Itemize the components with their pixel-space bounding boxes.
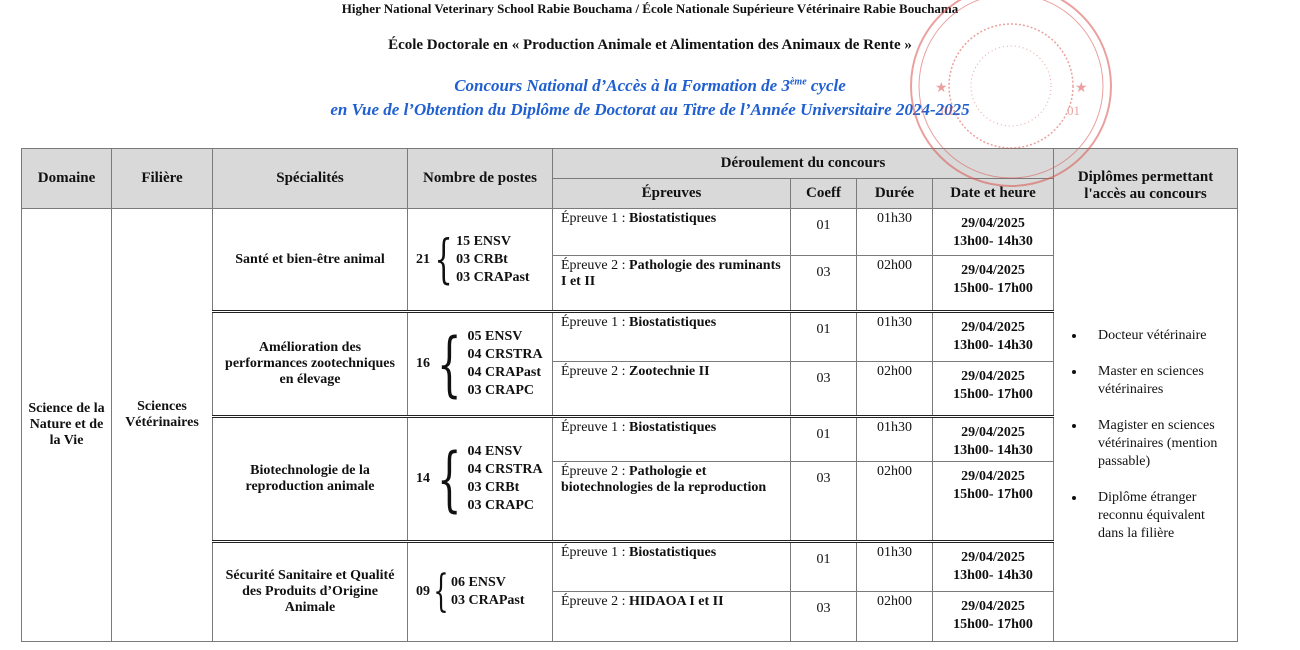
header-domaine: Domaine	[22, 149, 112, 209]
header-date-heure: Date et heure	[933, 179, 1054, 209]
date: 29/04/2025	[937, 319, 1049, 337]
concours-text: Concours National d’Accès à la Formation…	[454, 76, 790, 95]
duree-cell: 01h30	[857, 312, 933, 362]
coeff-cell: 01	[791, 312, 857, 362]
heure: 13h00- 14h30	[937, 233, 1049, 251]
epreuve-prefix: Épreuve 2 :	[561, 464, 629, 479]
epreuve-prefix: Épreuve 2 :	[561, 258, 629, 273]
nombre-postes-cell: 21 { 15 ENSV03 CRBt03 CRAPast	[408, 209, 553, 312]
postes-item: 03 CRAPC	[468, 497, 543, 515]
header-epreuves: Épreuves	[553, 179, 791, 209]
diplome-item: Diplôme étranger reconnu équivalent dans…	[1086, 489, 1233, 543]
diplome-item: Magister en sciences vétérinaires (menti…	[1086, 417, 1233, 471]
heure: 13h00- 14h30	[937, 337, 1049, 355]
date-heure-cell: 29/04/202515h00- 17h00	[933, 592, 1054, 642]
brace-icon: {	[434, 234, 452, 286]
epreuve-subject: HIDAOA I et II	[629, 594, 724, 609]
heure: 13h00- 14h30	[937, 567, 1049, 585]
coeff-cell: 03	[791, 256, 857, 312]
duree-cell: 01h30	[857, 417, 933, 462]
epreuve-subject: Biostatistiques	[629, 315, 716, 330]
coeff-cell: 03	[791, 462, 857, 542]
date: 29/04/2025	[937, 368, 1049, 386]
date-heure-cell: 29/04/202513h00- 14h30	[933, 417, 1054, 462]
header-nombre-postes: Nombre de postes	[408, 149, 553, 209]
filiere-cell: Sciences Vétérinaires	[112, 209, 213, 642]
epreuve-prefix: Épreuve 1 :	[561, 315, 629, 330]
date: 29/04/2025	[937, 549, 1049, 567]
epreuve-prefix: Épreuve 1 :	[561, 545, 629, 560]
epreuve-cell: Épreuve 2 : HIDAOA I et II	[553, 592, 791, 642]
date: 29/04/2025	[937, 598, 1049, 616]
brace-icon: {	[437, 444, 462, 514]
postes-item: 05 ENSV	[468, 328, 543, 346]
concours-sup: ème	[790, 76, 807, 87]
nombre-postes-cell: 14 { 04 ENSV04 CRSTRA03 CRBt03 CRAPC	[408, 417, 553, 542]
heure: 15h00- 17h00	[937, 616, 1049, 634]
concours-title-line2: en Vue de l’Obtention du Diplôme de Doct…	[0, 100, 1300, 120]
heure: 13h00- 14h30	[937, 442, 1049, 460]
date: 29/04/2025	[937, 215, 1049, 233]
specialite-name: Amélioration des performances zootechniq…	[213, 312, 408, 417]
date: 29/04/2025	[937, 262, 1049, 280]
postes-total: 21	[416, 252, 430, 268]
coeff-cell: 03	[791, 362, 857, 417]
epreuve-cell: Épreuve 1 : Biostatistiques	[553, 542, 791, 592]
postes-item: 03 CRBt	[456, 251, 530, 269]
epreuve-subject: Biostatistiques	[629, 211, 716, 226]
epreuve-prefix: Épreuve 1 :	[561, 211, 629, 226]
header-deroulement: Déroulement du concours	[553, 149, 1054, 179]
heure: 15h00- 17h00	[937, 486, 1049, 504]
header-coeff: Coeff	[791, 179, 857, 209]
epreuve-subject: Biostatistiques	[629, 420, 716, 435]
duree-cell: 02h00	[857, 256, 933, 312]
epreuve-cell: Épreuve 1 : Biostatistiques	[553, 417, 791, 462]
diplome-item: Docteur vétérinaire	[1086, 327, 1233, 345]
date-heure-cell: 29/04/202513h00- 14h30	[933, 312, 1054, 362]
epreuve-cell: Épreuve 1 : Biostatistiques	[553, 312, 791, 362]
duree-cell: 02h00	[857, 362, 933, 417]
specialite-name: Biotechnologie de la reproduction animal…	[213, 417, 408, 542]
duree-cell: 01h30	[857, 209, 933, 256]
epreuve-prefix: Épreuve 2 :	[561, 364, 629, 379]
school-name: Higher National Veterinary School Rabie …	[0, 1, 1300, 17]
postes-total: 16	[416, 356, 430, 372]
brace-icon: {	[433, 570, 448, 614]
specialite-name: Santé et bien-être animal	[213, 209, 408, 312]
nombre-postes-cell: 09 { 06 ENSV03 CRAPast	[408, 542, 553, 642]
postes-item: 04 ENSV	[468, 443, 543, 461]
epreuve-cell: Épreuve 2 : Pathologie des ruminants I e…	[553, 256, 791, 312]
date-heure-cell: 29/04/202513h00- 14h30	[933, 542, 1054, 592]
diplome-item: Master en sciences vétérinaires	[1086, 363, 1233, 399]
diplomes-cell: Docteur vétérinaireMaster en sciences vé…	[1054, 209, 1238, 642]
postes-total: 09	[416, 584, 430, 600]
epreuve-subject: Biostatistiques	[629, 545, 716, 560]
coeff-cell: 01	[791, 542, 857, 592]
postes-item: 03 CRAPC	[468, 382, 543, 400]
header-specialites: Spécialités	[213, 149, 408, 209]
date-heure-cell: 29/04/202515h00- 17h00	[933, 462, 1054, 542]
coeff-cell: 03	[791, 592, 857, 642]
date: 29/04/2025	[937, 424, 1049, 442]
heure: 15h00- 17h00	[937, 280, 1049, 298]
heure: 15h00- 17h00	[937, 386, 1049, 404]
date-heure-cell: 29/04/202515h00- 17h00	[933, 256, 1054, 312]
concours-text-after: cycle	[807, 76, 846, 95]
epreuve-cell: Épreuve 2 : Zootechnie II	[553, 362, 791, 417]
coeff-cell: 01	[791, 417, 857, 462]
date-heure-cell: 29/04/202513h00- 14h30	[933, 209, 1054, 256]
epreuve-cell: Épreuve 2 : Pathologie et biotechnologie…	[553, 462, 791, 542]
table-row: Science de la Nature et de la VieScience…	[22, 209, 1238, 256]
header-diplomes: Diplômes permettant l'accès au concours	[1054, 149, 1238, 209]
epreuve-subject: Zootechnie II	[629, 364, 710, 379]
postes-item: 06 ENSV	[451, 574, 525, 592]
nombre-postes-cell: 16 { 05 ENSV04 CRSTRA04 CRAPast03 CRAPC	[408, 312, 553, 417]
header-duree: Durée	[857, 179, 933, 209]
duree-cell: 02h00	[857, 592, 933, 642]
postes-item: 03 CRBt	[468, 479, 543, 497]
epreuve-prefix: Épreuve 1 :	[561, 420, 629, 435]
coeff-cell: 01	[791, 209, 857, 256]
duree-cell: 01h30	[857, 542, 933, 592]
header-filiere: Filière	[112, 149, 213, 209]
postes-total: 14	[416, 471, 430, 487]
concours-table: Domaine Filière Spécialités Nombre de po…	[21, 148, 1238, 642]
date: 29/04/2025	[937, 468, 1049, 486]
duree-cell: 02h00	[857, 462, 933, 542]
concours-title-line1: Concours National d’Accès à la Formation…	[0, 76, 1300, 96]
specialite-name: Sécurité Sanitaire et Qualité des Produi…	[213, 542, 408, 642]
domaine-cell: Science de la Nature et de la Vie	[22, 209, 112, 642]
postes-item: 04 CRSTRA	[468, 346, 543, 364]
postes-item: 04 CRAPast	[468, 364, 543, 382]
ecole-doctorale-title: École Doctorale en « Production Animale …	[0, 37, 1300, 54]
date-heure-cell: 29/04/202515h00- 17h00	[933, 362, 1054, 417]
epreuve-cell: Épreuve 1 : Biostatistiques	[553, 209, 791, 256]
postes-item: 03 CRAPast	[451, 592, 525, 610]
brace-icon: {	[437, 329, 462, 399]
postes-item: 04 CRSTRA	[468, 461, 543, 479]
epreuve-prefix: Épreuve 2 :	[561, 594, 629, 609]
postes-item: 03 CRAPast	[456, 269, 530, 287]
postes-item: 15 ENSV	[456, 233, 530, 251]
